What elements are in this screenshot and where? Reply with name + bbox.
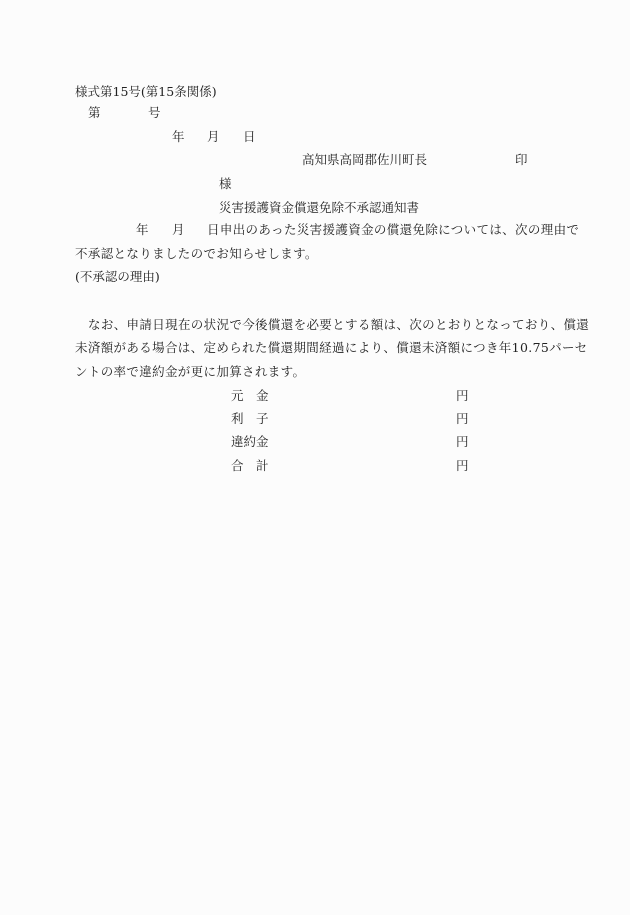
issuer-name: 高知県高岡郡佐川町長 (302, 152, 427, 168)
date-month: 月 (207, 129, 220, 145)
reference-number-prefix: 第 (88, 105, 101, 121)
amount-label-total: 合 計 (231, 458, 269, 474)
body-line1-text: 日申出のあった災害援護資金の償還免除については、次の理由で (207, 222, 579, 238)
amount-unit: 円 (456, 434, 469, 450)
document-title: 災害援護資金償還免除不承認通知書 (219, 200, 419, 216)
amount-unit: 円 (456, 458, 469, 474)
amount-unit: 円 (456, 388, 469, 404)
amount-label-penalty: 違約金 (231, 434, 269, 450)
seal-mark: 印 (515, 152, 528, 168)
body-line1-month: 月 (172, 222, 185, 238)
notice-paragraph-line: なお、申請日現在の状況で今後償還を必要とする額は、次のとおりとなっており、償還 (88, 317, 589, 333)
reason-heading: (不承認の理由) (75, 269, 160, 285)
date-day: 日 (243, 129, 256, 145)
amount-label-interest: 利 子 (231, 411, 269, 427)
notice-paragraph-line: ントの率で違約金が更に加算されます。 (75, 364, 305, 380)
body-line2-text: 不承認となりましたのでお知らせします。 (75, 246, 318, 262)
body-line1-year: 年 (136, 222, 149, 238)
amount-unit: 円 (456, 411, 469, 427)
addressee-honorific: 様 (219, 176, 232, 192)
document-page: 様式第15号(第15条関係) 第 号 年 月 日 高知県高岡郡佐川町長 印 様 … (0, 0, 630, 915)
notice-paragraph-line: 未済額がある場合は、定められた償還期間経過により、償還未済額につき年10.75パ… (75, 340, 588, 356)
reference-number-suffix: 号 (148, 105, 161, 121)
form-number: 様式第15号(第15条関係) (75, 84, 217, 100)
amount-label-principal: 元 金 (231, 388, 269, 404)
date-year: 年 (172, 129, 185, 145)
